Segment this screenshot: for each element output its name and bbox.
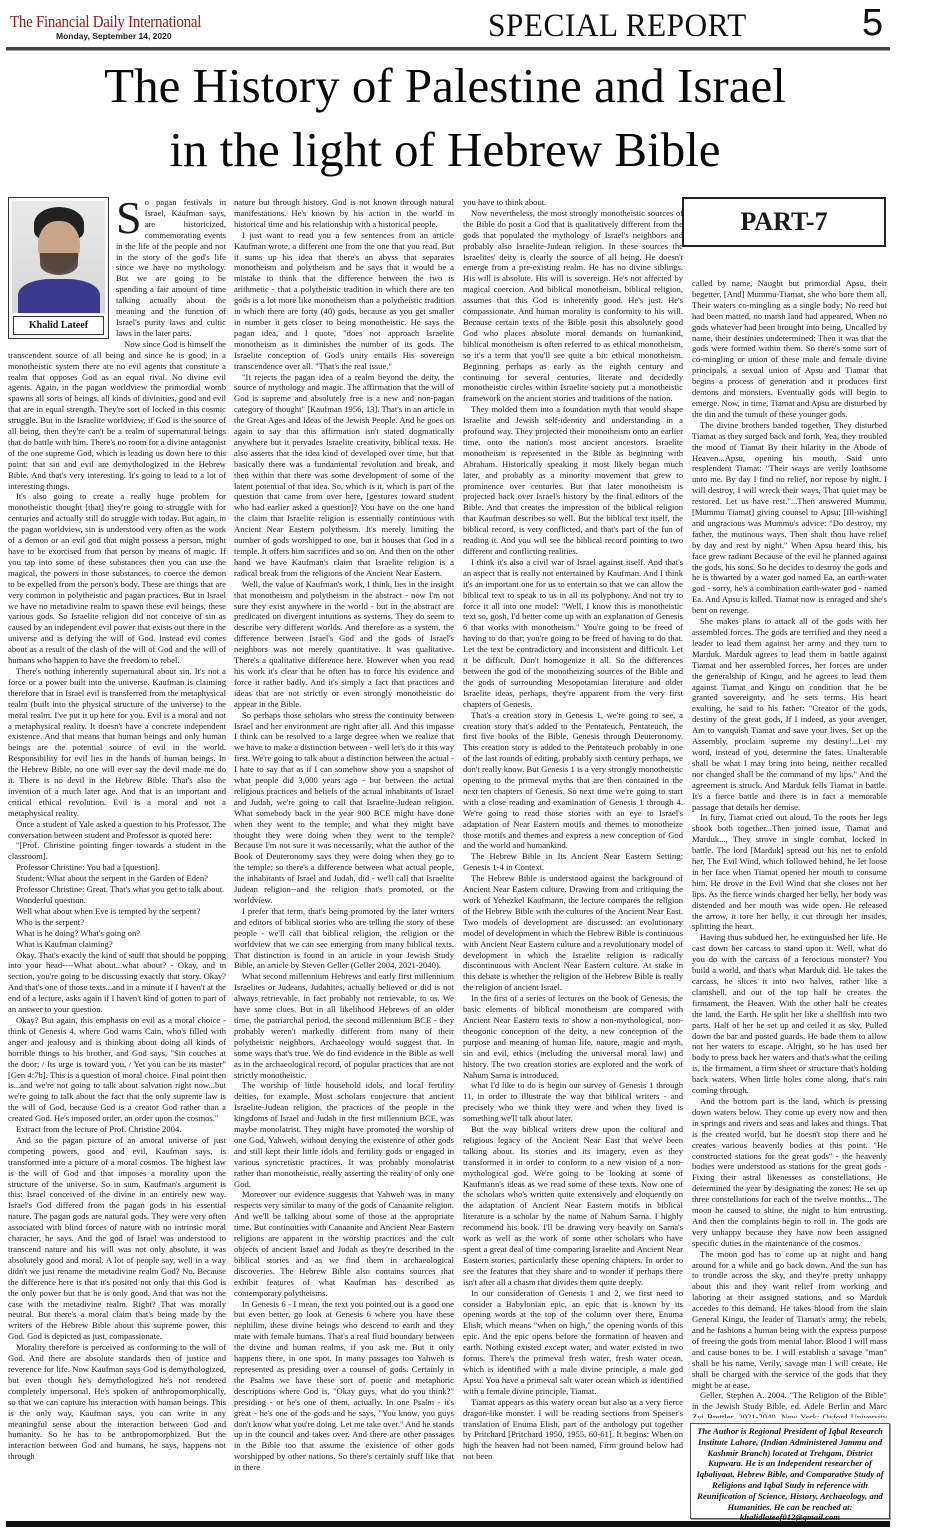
paragraph: Wonderful question.	[8, 895, 226, 906]
paragraph: She makes plans to attack all of the god…	[692, 616, 887, 812]
paper-name: The Financial Daily International	[10, 12, 201, 32]
paragraph: The moon god has to come up at night and…	[692, 1249, 887, 1391]
article-column-4: called by name, Naught but primordial Ap…	[692, 278, 887, 1418]
paragraph: In the first of a series of lectures on …	[463, 993, 683, 1080]
paragraph: Okay. That's exactly the kind of stuff t…	[8, 950, 226, 1015]
paragraph: In fury, Tiamat cried out aloud, To the …	[692, 812, 887, 932]
paragraph: And so the pagan picture of an amoral un…	[8, 1135, 226, 1342]
paragraph: In our consideration of Genesis 1 and 2,…	[463, 1288, 683, 1397]
paragraph: So perhaps those scholars who stress the…	[234, 710, 454, 906]
section-title: SPECIAL REPORT	[488, 8, 747, 45]
paragraph: There's nothing inherently supernatural …	[8, 666, 226, 819]
headline-line-2: in the light of Hebrew Bible	[0, 118, 890, 182]
paragraph: It's also going to create a really huge …	[8, 491, 226, 666]
article-column-3: you have to think about.Now nevertheless…	[463, 197, 683, 1522]
paragraph: "[Prof. Christine pointing finger toward…	[8, 840, 226, 862]
masthead: The Financial Daily International Monday…	[0, 0, 945, 48]
part-label-box: PART-7	[682, 197, 886, 247]
drop-cap: S	[116, 199, 142, 237]
author-bio-box: The Author is Regional President of Iqba…	[690, 1423, 890, 1519]
paragraph: Moreover our evidence suggests that Yahw…	[234, 1189, 454, 1298]
headline: The History of Palestine and Israel in t…	[0, 54, 890, 182]
paragraph: Tiamat appears as this watery ocean but …	[463, 1397, 683, 1462]
paragraph: That's a creation story in Genesis 1, we…	[463, 710, 683, 852]
paragraph: What second millennium Hebrews and early…	[234, 971, 454, 1080]
paragraph: And the bottom part is the land, which i…	[692, 1096, 887, 1249]
paragraph: But the way biblical writers drew upon t…	[463, 1124, 683, 1288]
paragraph: Now since God is himself the transcenden…	[8, 339, 226, 492]
paragraph: What is Kaufman claiming?	[8, 939, 226, 950]
paragraph: Extract from the lecture of Prof. Christ…	[8, 1124, 226, 1135]
paragraph: Once a student of Yale asked a question …	[8, 819, 226, 841]
paragraph: Now nevertheless, the most strongly mono…	[463, 208, 683, 404]
paragraph: Okay? But again, this emphasis on evil a…	[8, 1015, 226, 1124]
paragraph: "It rejects the pagan idea of a realm be…	[234, 372, 454, 579]
top-rule-divider	[6, 47, 890, 51]
paragraph: What is he doing? What's going on?	[8, 928, 226, 939]
paragraph: Well what about when Eve is tempted by t…	[8, 906, 226, 917]
paragraph: Morality therefore is perceived as confo…	[8, 1342, 226, 1462]
headline-line-1: The History of Palestine and Israel	[0, 54, 890, 118]
paragraph: Professor Christine: You had a [question…	[8, 862, 226, 873]
bottom-rule-divider	[6, 1521, 890, 1527]
article-column-1: S o pagan festivals in Israel, Kaufman s…	[8, 197, 226, 1522]
paragraph: The worship of little household idols, a…	[234, 1080, 454, 1189]
paragraph: called by name, Naught but primordial Ap…	[692, 278, 887, 420]
page-number: 5	[862, 2, 883, 45]
paragraph: The divine brothers banded together, The…	[692, 420, 887, 616]
paragraph: They molded them into a foundation myth …	[463, 404, 683, 557]
paragraph: I think it's also a civil war of Israel …	[463, 557, 683, 710]
article-column-2: nature but through history. God is not k…	[234, 197, 454, 1522]
paragraph: The Hebrew Bible in Its Ancient Near Eas…	[463, 851, 683, 873]
paragraph: I prefer that term, that's being promote…	[234, 906, 454, 971]
paragraph: The Hebrew Bible is understood against t…	[463, 873, 683, 993]
paragraph: you have to think about.	[463, 197, 683, 208]
paragraph: Who is the serpent?	[8, 917, 226, 928]
paragraph: Geller, Stephen A. 2004. "The Religion o…	[692, 1390, 887, 1418]
paragraph: what I'd like to do is begin our survey …	[463, 1080, 683, 1124]
paragraph: Having thus subdued her, he extinguished…	[692, 932, 887, 1096]
paragraph: I just want to read you a few sentences …	[234, 230, 454, 372]
paragraph: Professor Christine: Great. That's what …	[8, 884, 226, 895]
paragraph: In Genesis 6 - I mean, the text you poin…	[234, 1299, 454, 1474]
paragraph: nature but through history. God is not k…	[234, 197, 454, 230]
issue-date: Monday, September 14, 2020	[56, 31, 172, 41]
paragraph: Well, the value of Kaufman's work, I thi…	[234, 579, 454, 710]
paragraph: Student: What about the serpent in the G…	[8, 873, 226, 884]
